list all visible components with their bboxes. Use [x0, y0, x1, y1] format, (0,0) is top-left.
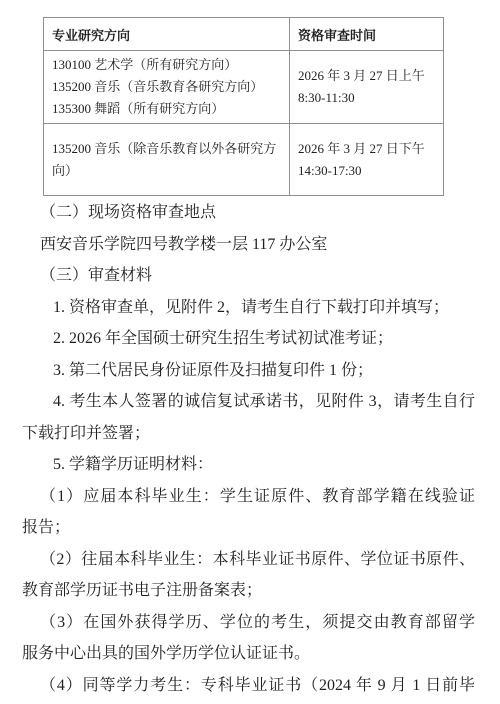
direction-line: 135300 舞蹈（所有研究方向）: [52, 98, 281, 120]
cell-directions-group1: 130100 艺术学（所有研究方向） 135200 音乐（音乐教育各研究方向） …: [44, 51, 290, 124]
sub-item-3-line2: 服务中心出具的国外学历学位认证证书。: [22, 638, 475, 670]
section-heading-materials: （三）审查材料: [22, 260, 475, 292]
sub-item-1-line2: 报告；: [22, 512, 475, 544]
material-item-1: 1. 资格审查单，见附件 2，请考生自行下载打印并填写；: [22, 292, 475, 324]
time-range-line: 14:30-17:30: [298, 160, 435, 182]
table-row: 135200 音乐（除音乐教育以外各研究方向） 2026 年 3 月 27 日下…: [44, 124, 444, 196]
qualification-review-table: 专业研究方向 资格审查时间 130100 艺术学（所有研究方向） 135200 …: [43, 17, 444, 196]
table-row: 130100 艺术学（所有研究方向） 135200 音乐（音乐教育各研究方向） …: [44, 51, 444, 124]
direction-line: 135200 音乐（除音乐教育以外各研究方向）: [52, 138, 281, 182]
material-item-4-line2: 下载打印并签署；: [22, 418, 475, 450]
time-range-line: 8:30-11:30: [298, 87, 435, 109]
time-date-line: 2026 年 3 月 27 日下午: [298, 138, 435, 160]
material-item-4-line1: 4. 考生本人签署的诚信复试承诺书，见附件 3，请考生自行: [22, 386, 475, 418]
cell-time-group2: 2026 年 3 月 27 日下午 14:30-17:30: [290, 124, 444, 196]
table-header-research-direction: 专业研究方向: [44, 18, 290, 51]
cell-directions-group2: 135200 音乐（除音乐教育以外各研究方向）: [44, 124, 290, 196]
direction-line: 135200 音乐（音乐教育各研究方向）: [52, 76, 281, 98]
time-date-line: 2026 年 3 月 27 日上午: [298, 65, 435, 87]
sub-item-2-line1: （2）往届本科毕业生：本科毕业证书原件、学位证书原件、: [22, 544, 475, 576]
cell-time-group1: 2026 年 3 月 27 日上午 8:30-11:30: [290, 51, 444, 124]
sub-item-3-line1: （3）在国外获得学历、学位的考生，须提交由教育部留学: [22, 607, 475, 639]
material-item-5: 5. 学籍学历证明材料：: [22, 449, 475, 481]
body-text: （二）现场资格审查地点 西安音乐学院四号教学楼一层 117 办公室 （三）审查材…: [22, 197, 475, 701]
review-location-address: 西安音乐学院四号教学楼一层 117 办公室: [22, 229, 475, 261]
sub-item-2-line2: 教育部学历证书电子注册备案表；: [22, 575, 475, 607]
sub-item-1-line1: （1）应届本科毕业生：学生证原件、教育部学籍在线验证: [22, 481, 475, 513]
direction-line: 130100 艺术学（所有研究方向）: [52, 54, 281, 76]
sub-item-4-line1: （4）同等学力考生：专科毕业证书（2024 年 9 月 1 日前毕: [22, 670, 475, 702]
table-header-review-time: 资格审查时间: [290, 18, 444, 51]
table-header-row: 专业研究方向 资格审查时间: [44, 18, 444, 51]
section-heading-location: （二）现场资格审查地点: [22, 197, 475, 229]
document-page: 专业研究方向 资格审查时间 130100 艺术学（所有研究方向） 135200 …: [0, 0, 500, 704]
material-item-2: 2. 2026 年全国硕士研究生招生考试初试准考证；: [22, 323, 475, 355]
material-item-3: 3. 第二代居民身份证原件及扫描复印件 1 份；: [22, 355, 475, 387]
